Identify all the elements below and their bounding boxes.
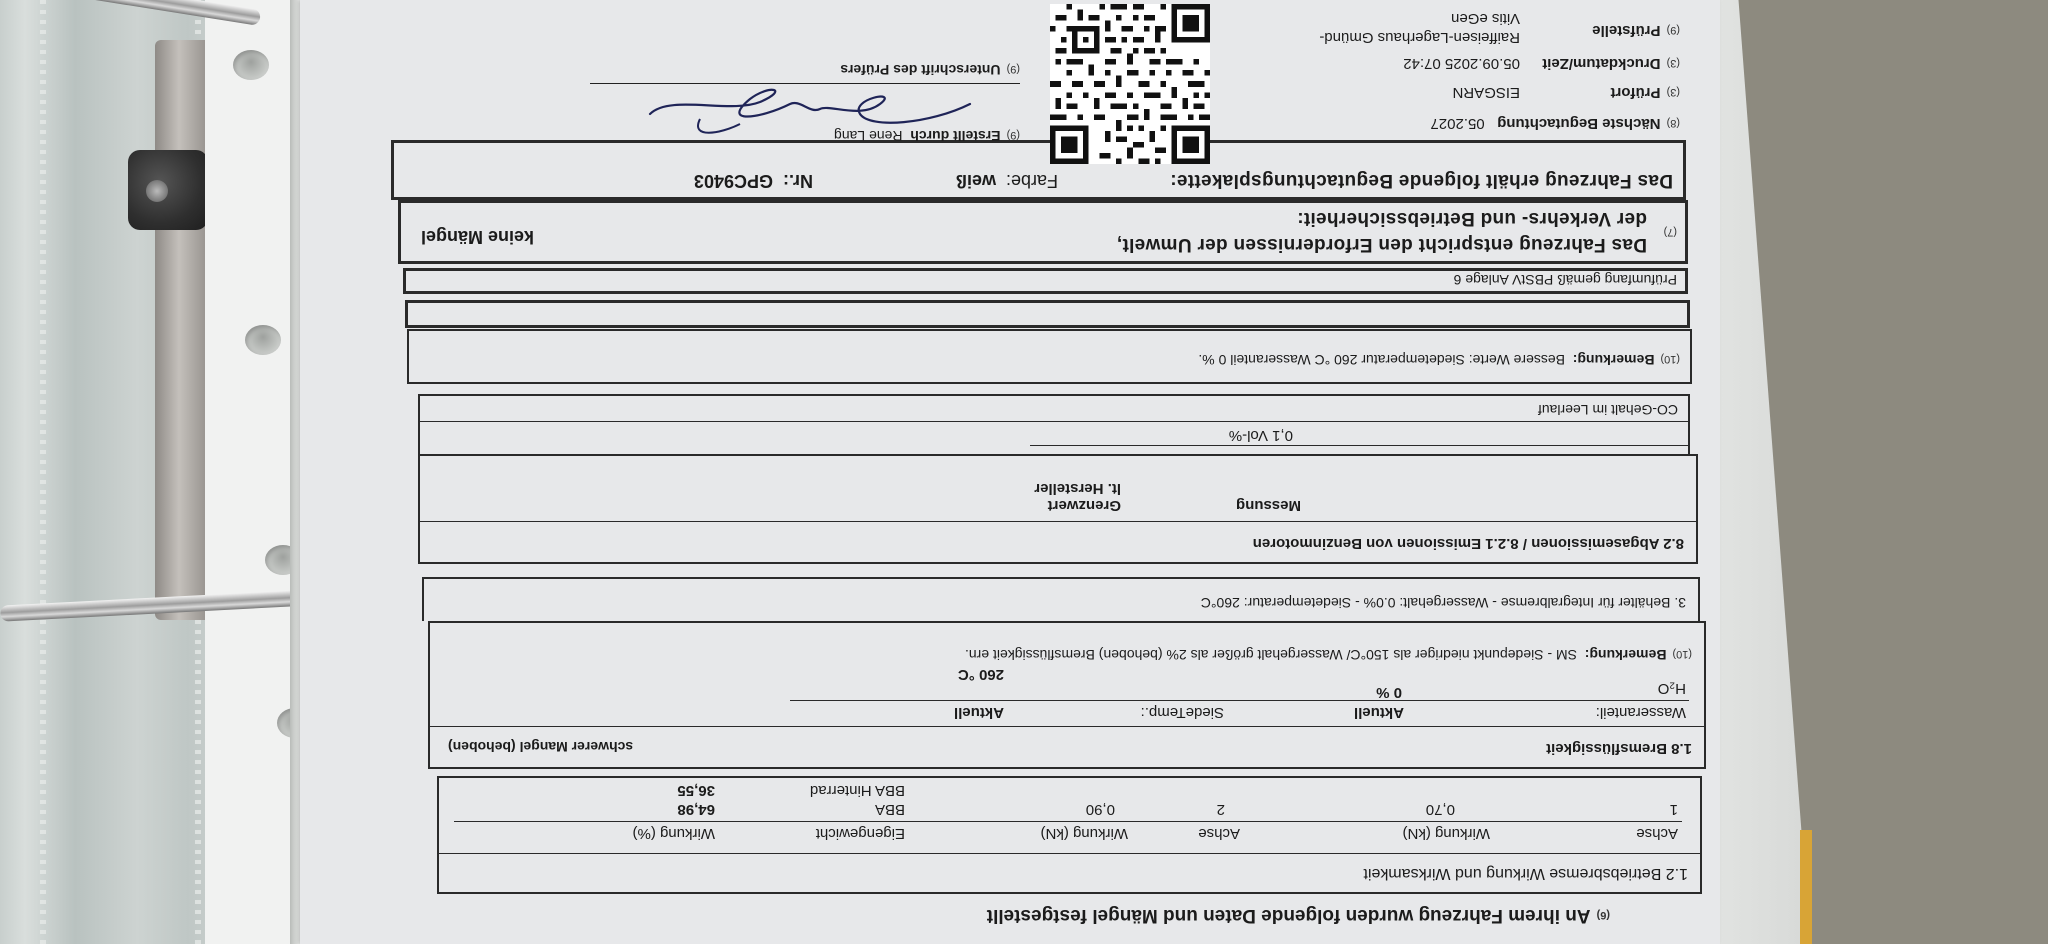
divider [790,700,1689,701]
binder-stitching [40,0,46,944]
brake-fluid-remark: (10)Bemerkung: SM - Siedepunkt niedriger… [965,647,1692,663]
brake-axle-2-force: 0,90 [1086,801,1115,818]
brake-bba-rear-effect: 36,55 [677,782,715,799]
conclusion-section: (7) Das Fahrzeug entspricht den Erforder… [398,200,1688,264]
test-station-value: Raiffeisen-Lagerhaus Gmünd- Vitis eGen [1319,9,1520,47]
brake-axle-1: 1 [1670,801,1678,818]
brake-bba-label: BBA [875,801,905,818]
inspection-report-page: (6)An ihrem Fahrzeug wurden folgende Dat… [300,0,1720,944]
result-no-defects: keine Mängel [421,226,534,247]
divider [439,853,1700,854]
plaque-number: Nr.: GPC9403 [694,170,813,191]
divider [454,821,1682,822]
screw-icon [146,180,168,202]
emissions-co-row: 0,1 Vol-% CO-Gehalt im Leerlauf [418,394,1690,454]
co-label: CO-Gehalt im Leerlauf [1538,402,1678,418]
punch-hole [233,50,269,80]
remark-section: (10)Bemerkung: Bessere Werte: Siedetempe… [407,329,1692,384]
section-6-heading: (6)An ihrem Fahrzeug wurden folgende Dat… [987,904,1610,926]
brake-axle-2: 2 [1217,801,1225,818]
qr-code-icon [1050,4,1210,164]
test-station: (9)Prüfstelle [1592,22,1680,39]
boiling-temp-value: 260 °C [958,666,1004,683]
divider [430,726,1704,727]
inspector-signature [630,74,990,144]
divider [1030,445,1688,446]
brake-effect-section: 1.2 Betriebsbremse Wirkung und Wirksamke… [437,776,1702,894]
inspection-scope: Prüfumfang gemäß PBStV Anlage 6 [403,268,1688,294]
inspection-report-content: (6)An ihrem Fahrzeug wurden folgende Dat… [300,0,1720,944]
test-location: (3)Prüfort [1611,84,1680,101]
emissions-section: 8.2 Abgasemissionen / 8.2.1 Emissionen v… [418,454,1698,564]
brake-effect-title: 1.2 Betriebsbremse Wirkung und Wirksamke… [1363,864,1688,882]
scope-empty-row [405,300,1690,328]
binder-lever[interactable] [128,150,208,230]
next-inspection: (8)Nächste Begutachtung 05.2027 [1430,115,1680,132]
plaque-section: Das Fahrzeug erhält folgende Begutachtun… [391,140,1686,200]
punch-hole [245,325,281,355]
brake-axle-1-force: 0,70 [1426,801,1455,818]
brake-fluid-section: 1.8 Bremsflüssigkeit schwerer Mangel (be… [428,621,1706,769]
print-datetime: (3)Druckdatum/Zeit [1542,55,1680,72]
brake-bba-effect: 64,98 [677,801,715,818]
qr-code[interactable] [1050,4,1210,164]
brake-fluid-status: schwerer Mangel (behoben) [448,739,633,755]
sticky-tab [1800,830,1812,944]
brake-fluid-remark-continued: 3. Behälter für Integralbremse - Wasserg… [422,577,1700,621]
divider [420,521,1696,522]
signature-icon [630,74,990,144]
water-content-value: 0 % [1376,684,1402,701]
plaque-color: Farbe: weiß [956,170,1058,191]
co-value: 0,1 Vol-% [1229,427,1293,444]
divider [420,421,1688,422]
brake-bba-rear-label: BBA Hinterrad [810,782,905,799]
